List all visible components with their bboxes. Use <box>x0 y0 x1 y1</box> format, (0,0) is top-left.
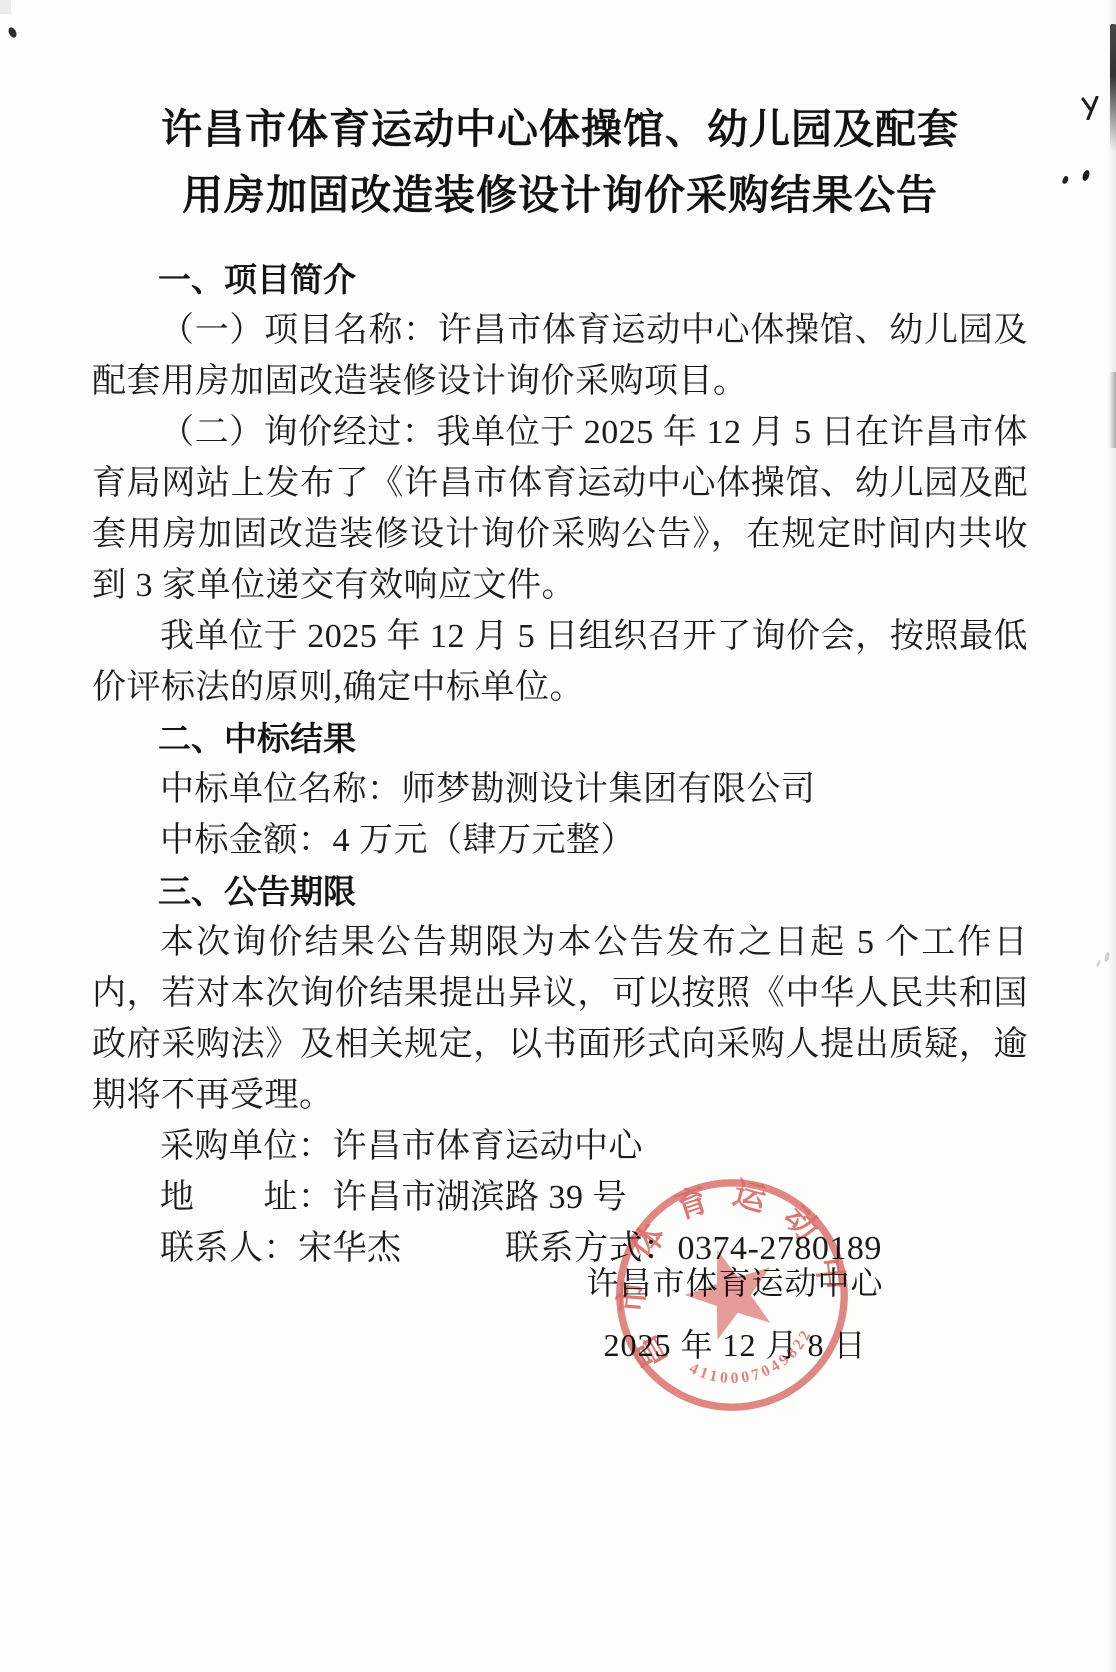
paragraph-inquiry-meeting: 我单位于 2025 年 12 月 5 日组织召开了询价会，按照最低价评标法的原则… <box>92 611 1028 713</box>
paragraph-address: 地 址：许昌市湖滨路 39 号 <box>92 1172 1028 1223</box>
section-heading-project-intro: 一、项目简介 <box>92 254 1028 305</box>
paragraph-award-amount: 中标金额：4 万元（肆万元整） <box>92 815 1028 866</box>
paragraph-project-name: （一）项目名称：许昌市体育运动中心体操馆、幼儿园及配套用房加固改造装修设计询价采… <box>92 305 1028 407</box>
signature-block: 许昌市体育运动中心 2025 年 12 月 8 日 <box>560 1252 910 1376</box>
document-title: 许昌市体育运动中心体操馆、幼儿园及配套 用房加固改造装修设计询价采购结果公告 <box>92 96 1028 228</box>
document-body: 一、项目简介 （一）项目名称：许昌市体育运动中心体操馆、幼儿园及配套用房加固改造… <box>92 254 1028 1274</box>
section-heading-award-result: 二、中标结果 <box>92 713 1028 764</box>
paragraph-inquiry-process: （二）询价经过：我单位于 2025 年 12 月 5 日在许昌市体育局网站上发布… <box>92 407 1028 611</box>
signature-org: 许昌市体育运动中心 <box>560 1252 910 1314</box>
title-line-1: 许昌市体育运动中心体操馆、幼儿园及配套 <box>92 96 1028 162</box>
section-heading-announcement-period: 三、公告期限 <box>92 866 1028 917</box>
document-page: 许昌市体育运动中心体操馆、幼儿园及配套 用房加固改造装修设计询价采购结果公告 一… <box>0 0 1116 1672</box>
paragraph-purchaser: 采购单位：许昌市体育运动中心 <box>92 1121 1028 1172</box>
paragraph-winner-name: 中标单位名称：师梦勘测设计集团有限公司 <box>92 764 1028 815</box>
title-line-2: 用房加固改造装修设计询价采购结果公告 <box>92 162 1028 228</box>
document-content: 许昌市体育运动中心体操馆、幼儿园及配套 用房加固改造装修设计询价采购结果公告 一… <box>0 0 1116 1274</box>
paragraph-announcement-period: 本次询价结果公告期限为本公告发布之日起 5 个工作日内，若对本次询价结果提出异议… <box>92 917 1028 1121</box>
signature-date: 2025 年 12 月 8 日 <box>560 1314 910 1376</box>
